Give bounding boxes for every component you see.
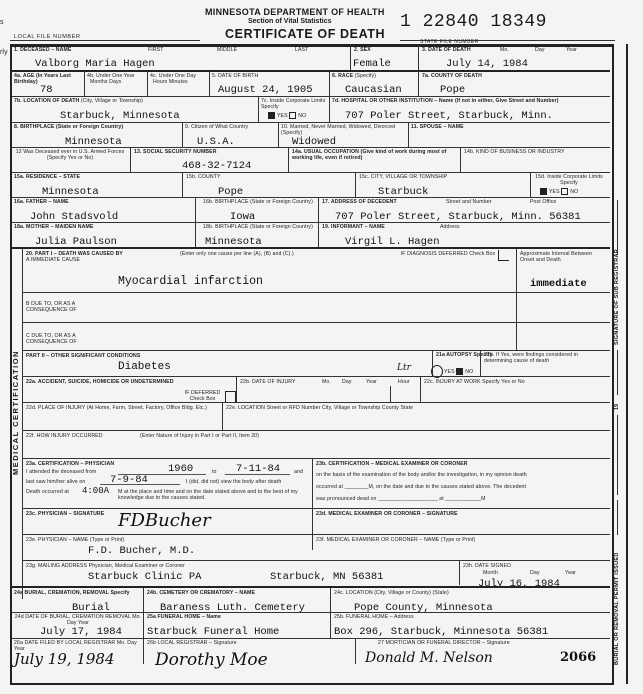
hospital-value: 707 Poler Street, Starbuck, Minn. [345, 110, 553, 122]
race-specify: (Specify) [355, 73, 376, 79]
hospital-label: 7d. HOSPITAL OR OTHER INSTITUTION – Name… [332, 98, 559, 104]
occurred-text-label: Death occurred at [26, 489, 69, 495]
county-of-death-value: Pope [440, 84, 465, 96]
cemetery-label: 24b. CEMETERY OR CREMATORY – NAME [147, 590, 255, 596]
attended-to-value: 7-11-84 [236, 463, 280, 475]
rule-line [22, 376, 610, 377]
rule-line [312, 458, 313, 550]
sex-value: Female [353, 58, 391, 70]
rule-line [258, 96, 259, 122]
rule-line [408, 122, 409, 147]
findings-label-label: 21b. If Yes, were findings considered in… [484, 352, 606, 364]
name-label: 1. DECEASED – NAME [14, 47, 71, 53]
form-element: 3. DATE OF DEATH [422, 47, 471, 53]
permit-issued-label: BURIAL OR REMOVAL PERMIT ISSUED [614, 552, 620, 665]
rule-line [209, 71, 210, 96]
checkbox-box [540, 188, 547, 195]
form-element: 8. BIRTHPLACE (State or Foreign Country) [14, 124, 123, 130]
race-label: 6. RACE [332, 73, 353, 79]
rule-line [278, 122, 279, 147]
how-label-label: 22f. HOW INJURY OCCURRED [26, 433, 103, 439]
rule-line [12, 96, 610, 97]
mo-label-label: Mo. [500, 47, 509, 53]
checkbox-box [456, 368, 463, 375]
rule-line [480, 350, 481, 376]
registrar-label-label: 26b LOCAL REGISTRAR – Signature [147, 640, 237, 646]
mailing-address-2: Starbuck, MN 56381 [270, 571, 383, 583]
middle-label-label: MIDDLE [217, 47, 237, 53]
hours-minutes-label-label: Hours Minutes [153, 79, 188, 85]
rule-line [459, 560, 460, 585]
no-label: NO [298, 113, 306, 119]
rule-line [330, 588, 331, 638]
mother-label: 18a. MOTHER – MAIDEN NAME [14, 224, 93, 230]
funeral-home-label: 25a FUNERAL HOME – Name [147, 614, 221, 620]
date-of-death-label: 3. DATE OF DEATH [422, 47, 471, 53]
year-label-label: Year [366, 379, 377, 385]
mother-bp-label-label: 18b. BIRTHPLACE (State or Foreign Countr… [198, 224, 318, 230]
street-label-label: Street and Number [446, 199, 492, 205]
left-margin-fragment: s [0, 20, 4, 26]
mo-label-label: Mo. [322, 379, 331, 385]
form-element: 23b. CERTIFICATION – MEDICAL EXAMINER OR… [316, 461, 468, 467]
rule-line [236, 376, 237, 402]
inside-limits-label-label: 7c. Inside Corporate Limits Specify [261, 98, 329, 110]
form-element: PART II – OTHER SIGNIFICANT CONDITIONS [26, 353, 140, 359]
form-element: 6. RACE (Specify) [332, 73, 376, 79]
physician-name-value: F.D. Bucher, M.D. [88, 545, 195, 557]
rule-line [143, 638, 144, 664]
me-text3-label: was pronounced dead on _________________… [316, 496, 486, 502]
time-of-death-value: 4:00A [82, 485, 109, 497]
inside-limits-checkbox[interactable]: YES NO [268, 112, 306, 119]
day-label-label: Day [342, 379, 352, 385]
ssn-value: 468-32-7124 [182, 160, 251, 172]
form-element: 7a. COUNTY OF DEATH [422, 73, 482, 79]
immediate-label-label: A IMMEDIATE CAUSE [26, 257, 80, 263]
year-label-label: Year [566, 47, 577, 53]
res-inside-label-label: 15d. Inside Corporate Limits Specify [533, 174, 605, 186]
rule-line [12, 122, 610, 123]
certificate-title: CERTIFICATE OF DEATH [225, 27, 385, 41]
c-label-label: C DUE TO, OR AS A CONSEQUENCE OF [26, 333, 101, 345]
funeral-home-value: Starbuck Funeral Home [147, 626, 279, 638]
to-text-label: to [212, 469, 217, 475]
rule-line [22, 458, 610, 459]
place-label-label: 22d. PLACE OF INJURY (At Home, Farm, Str… [26, 405, 207, 411]
checkbox-box [561, 188, 568, 195]
funeral-home-address-value: Box 296, Starbuck, Minnesota 56381 [334, 626, 548, 638]
how-note-label: (Enter Nature of Injury in Part I or Par… [140, 433, 259, 439]
form-element: 14a. USUAL OCCUPATION (Give kind of work… [292, 149, 457, 161]
form-element: 19. INFORMANT – NAME [322, 224, 385, 230]
rule-line [617, 350, 618, 395]
rule-line [12, 70, 610, 72]
rule-line [222, 402, 223, 430]
rule-line [12, 612, 610, 613]
rule-line [460, 147, 461, 172]
county-of-death-label: 7a. COUNTY OF DEATH [422, 73, 482, 79]
form-element: 23a. CERTIFICATION – PHYSICIAN [26, 461, 114, 467]
citizen-label-label: 9. Citizen of What Country [185, 124, 248, 130]
last-label-label: LAST [295, 47, 308, 53]
rule-line [626, 44, 628, 684]
location-sub: (City, Village or Township) [81, 98, 143, 104]
rule-line [182, 172, 183, 197]
rule-line [350, 44, 351, 71]
marital-label-label: 10. Married, Never Married, Widowed, Div… [281, 124, 401, 136]
form-element: 13. SOCIAL SECURITY NUMBER [134, 149, 217, 155]
rule-line [390, 386, 391, 402]
dob-label-label: 5. DATE OF BIRTH [212, 73, 258, 79]
checkbox-box [268, 112, 275, 119]
father-bp-label-label: 16b. BIRTHPLACE (State or Foreign Countr… [198, 199, 318, 205]
rule-line [12, 147, 610, 148]
physician-signature: FDBucher [118, 510, 211, 531]
form-element: 25a FUNERAL HOME – Name [147, 614, 221, 620]
post-office-label-label: Post Office [530, 199, 556, 205]
medical-certification-label: MEDICAL CERTIFICATION [11, 350, 20, 475]
rule-line [288, 147, 289, 172]
rule-line [12, 222, 610, 223]
injury-location-label-label: 22e. LOCATION Street or RFD Number City,… [226, 405, 413, 411]
rule-line [22, 430, 610, 431]
me-title: 23b. CERTIFICATION – MEDICAL EXAMINER OR… [316, 461, 468, 467]
rule-line [617, 415, 618, 495]
physician-title: 23a. CERTIFICATION – PHYSICIAN [26, 461, 114, 467]
method-label: 24a BURIAL, CREMATION, REMOVAL Specify [14, 590, 130, 596]
occurred-rest-label: M at the place and time and on the date … [118, 489, 308, 501]
rule-line [12, 247, 610, 249]
local-file-number-label: LOCAL FILE NUMBER [14, 34, 81, 40]
hour-label-label: Hour [398, 379, 410, 385]
me-sig-label: 23d. MEDICAL EXAMINER OR CORONER – SIGNA… [316, 511, 458, 517]
rule-line [355, 172, 356, 197]
first-label-label: FIRST [148, 47, 164, 53]
work-label-label: 22c. INJURY AT WORK Specify Yes or No [424, 379, 525, 385]
autopsy-no: NO [465, 369, 473, 375]
form-element: 23c. PHYSICIAN – SIGNATURE [26, 511, 104, 517]
month-label-label: Month [483, 570, 498, 576]
and-text-label: and [294, 469, 303, 475]
rule-line [329, 71, 330, 96]
deceased-name: Valborg Maria Hagen [35, 58, 155, 70]
last-seen-text-label: last saw him/her alive on [26, 479, 85, 485]
yes-label: YES [549, 189, 560, 195]
form-element: 23d. MEDICAL EXAMINER OR CORONER – SIGNA… [316, 511, 458, 517]
rule-line [147, 71, 148, 96]
form-element: 24b. CEMETERY OR CREMATORY – NAME [147, 590, 255, 596]
me-name-label-label: 23f. MEDICAL EXAMINER OR CORONER – NAME … [316, 537, 475, 543]
rule-line [617, 200, 618, 255]
me-text1-label: on the basis of the examination of the b… [316, 472, 527, 478]
year-label-label: Year [565, 570, 576, 576]
rule-line [22, 402, 610, 403]
location-label-label: 24c. LOCATION (City, Village or County) … [334, 590, 449, 596]
sub-registrar-signature-label: SIGNATURE OF SUB REGISTRAR [614, 249, 620, 345]
informant-label: 19. INFORMANT – NAME [322, 224, 385, 230]
rule-line [182, 122, 183, 147]
did-text-label: I (did, did not) view the body after dea… [186, 479, 281, 485]
rule-line [143, 588, 144, 638]
rule-line [22, 534, 610, 535]
sig-label: 23c. PHYSICIAN – SIGNATURE [26, 511, 104, 517]
rule-line [84, 71, 85, 96]
rule-line [516, 249, 517, 350]
name-label-label: 23e. PHYSICIAN – NAME (Type or Print) [26, 537, 124, 543]
rule-line [420, 376, 421, 402]
location-value: Starbuck, Minnesota [60, 110, 180, 122]
ssn-label: 13. SOCIAL SECURITY NUMBER [134, 149, 217, 155]
b-label-label: B DUE TO, OR AS A CONSEQUENCE OF [26, 301, 101, 313]
funeral-addr-label-label: 25b. FUNERAL HOME – Address [334, 614, 414, 620]
res-county-label-label: 15b. COUNTY [186, 174, 221, 180]
rule-line [355, 638, 356, 664]
rule-line [22, 350, 610, 351]
accident-deferred-label: IF DEFERRED Check Box [180, 390, 225, 402]
rule-line [22, 560, 610, 561]
no-label: NO [570, 189, 578, 195]
interval-label-label: Approximate Interval Between Onset and D… [520, 251, 605, 263]
part2-label: PART II – OTHER SIGNIFICANT CONDITIONS [26, 353, 140, 359]
res-city-label-label: 15c. CITY, VILLAGE OR TOWNSHIP [359, 174, 447, 180]
address-label: 17. ADDRESS OF DECEDENT [322, 199, 397, 205]
rule-line [130, 147, 131, 172]
form-element: 16a. FATHER – NAME [14, 199, 69, 205]
form-element: 2. SEX [354, 47, 371, 53]
business-label-label: 14b. KIND OF BUSINESS OR INDUSTRY [464, 149, 565, 155]
left-margin-fragment: rly [0, 50, 8, 56]
rule-line [617, 500, 618, 535]
diagnosis-deferred-checkbox[interactable] [498, 250, 509, 261]
day-label-label: Day [535, 47, 545, 53]
form-element: 24a BURIAL, CREMATION, REMOVAL Specify [14, 590, 144, 596]
date-signed-value: July 16, 1984 [478, 578, 560, 590]
agency-title: MINNESOTA DEPARTMENT OF HEALTH [205, 7, 385, 17]
form-element: 11. SPOUSE – NAME [411, 124, 464, 130]
part1-note-label: (Enter only one cause per line (A), (B) … [180, 251, 294, 257]
date-label-label: 24d DATE OF BURIAL, CREMATION REMOVAL Mo… [14, 614, 142, 626]
informant-address-label-label: Address [440, 224, 460, 230]
rule-line [418, 44, 419, 71]
dob-value: August 24, 1905 [218, 84, 313, 96]
mailing-label-label: 23g. MAILING ADDRESS Physician, Medical … [26, 563, 185, 569]
rule-line [22, 322, 610, 323]
rule-line [12, 638, 610, 639]
funeral-director-number: 2066 [560, 650, 596, 665]
form-element: 17. ADDRESS OF DECEDENT [322, 199, 397, 205]
sex-label: 2. SEX [354, 47, 371, 53]
rule-line [418, 71, 419, 96]
injury-date-label-label: 22b. DATE OF INJURY [240, 379, 296, 385]
mailing-address-1: Starbuck Clinic PA [88, 571, 201, 583]
deferred-label-label: IF DIAGNOSIS DEFERRED Check Box [400, 251, 496, 257]
year-prefix-label: 19 [614, 404, 620, 410]
director-label-label: 27 MORTICIAN OR FUNERAL DIRECTOR – Signa… [378, 640, 510, 646]
armed-forces-label-label: 12 Was Deceased ever in U.S. Armed Force… [14, 149, 126, 161]
rule-line [12, 586, 610, 588]
rule-line [329, 96, 330, 122]
accident-deferred-checkbox[interactable] [225, 391, 236, 402]
spouse-label: 11. SPOUSE – NAME [411, 124, 464, 130]
rule-line [22, 249, 23, 599]
form-element: 1. DECEASED – NAME [14, 47, 71, 53]
date-signed-label-label: 23h. DATE SIGNED [463, 563, 511, 569]
form-element: 18a. MOTHER – MAIDEN NAME [14, 224, 93, 230]
residence-inside-checkbox[interactable]: YES NO [540, 188, 578, 195]
rule-line [12, 197, 610, 198]
accident-label: 22a. ACCIDENT, SUICIDE, HOMICIDE OR UNDE… [26, 379, 174, 385]
age-value: 78 [40, 84, 53, 96]
date-of-death-value: July 14, 1984 [446, 58, 528, 70]
rule-line [10, 40, 200, 41]
autopsy-checkbox[interactable]: YES NO [444, 368, 473, 375]
day-label-label: Day [530, 570, 540, 576]
rule-line [12, 172, 610, 173]
rule-line [22, 508, 610, 509]
rule-line [530, 172, 531, 197]
form-element: 22a. ACCIDENT, SUICIDE, HOMICIDE OR UNDE… [26, 379, 174, 385]
date-filed-signature: July 19, 1984 [14, 650, 115, 668]
location-label: 7b. LOCATION OF DEATH [14, 98, 79, 104]
part2-value: Diabetes [118, 361, 171, 373]
last-seen-value: 7-9-84 [110, 474, 148, 486]
cause-a-interval: immediate [530, 278, 587, 290]
form-element: 7b. LOCATION OF DEATH (City, Village or … [14, 98, 143, 104]
res-state-label: 15a. RESIDENCE – STATE [14, 174, 80, 180]
attended-from-value: 1960 [168, 463, 193, 475]
me-text2-label: occurred at ________M, on the date and d… [316, 484, 526, 490]
checkbox-box [289, 112, 296, 119]
autopsy-yes: YES [444, 369, 455, 375]
form-element: 15a. RESIDENCE – STATE [14, 174, 80, 180]
race-value: Caucasian [345, 84, 402, 96]
yes-label: YES [277, 113, 288, 119]
form-element: 7d. HOSPITAL OR OTHER INSTITUTION – Name… [332, 98, 607, 104]
local-registrar-signature: Dorothy Moe [155, 650, 268, 670]
funeral-director-signature: Donald M. Nelson [365, 650, 493, 666]
burial-date-value: July 17, 1984 [40, 626, 122, 638]
state-file-number: 1 22840 18349 [400, 12, 547, 32]
months-days-label-label: Months Days [90, 79, 121, 85]
autopsy-annotation: Ltr [397, 363, 411, 373]
section-title: Section of Vital Statistics [248, 18, 332, 25]
cause-a-value: Myocardial infarction [118, 276, 263, 288]
father-label: 16a. FATHER – NAME [14, 199, 69, 205]
occupation-label: 14a. USUAL OCCUPATION (Give kind of work… [292, 149, 447, 161]
attended-text-label: I attended the deceased from [26, 469, 96, 475]
rule-line [22, 292, 610, 293]
birthplace-label: 8. BIRTHPLACE (State or Foreign Country) [14, 124, 123, 130]
